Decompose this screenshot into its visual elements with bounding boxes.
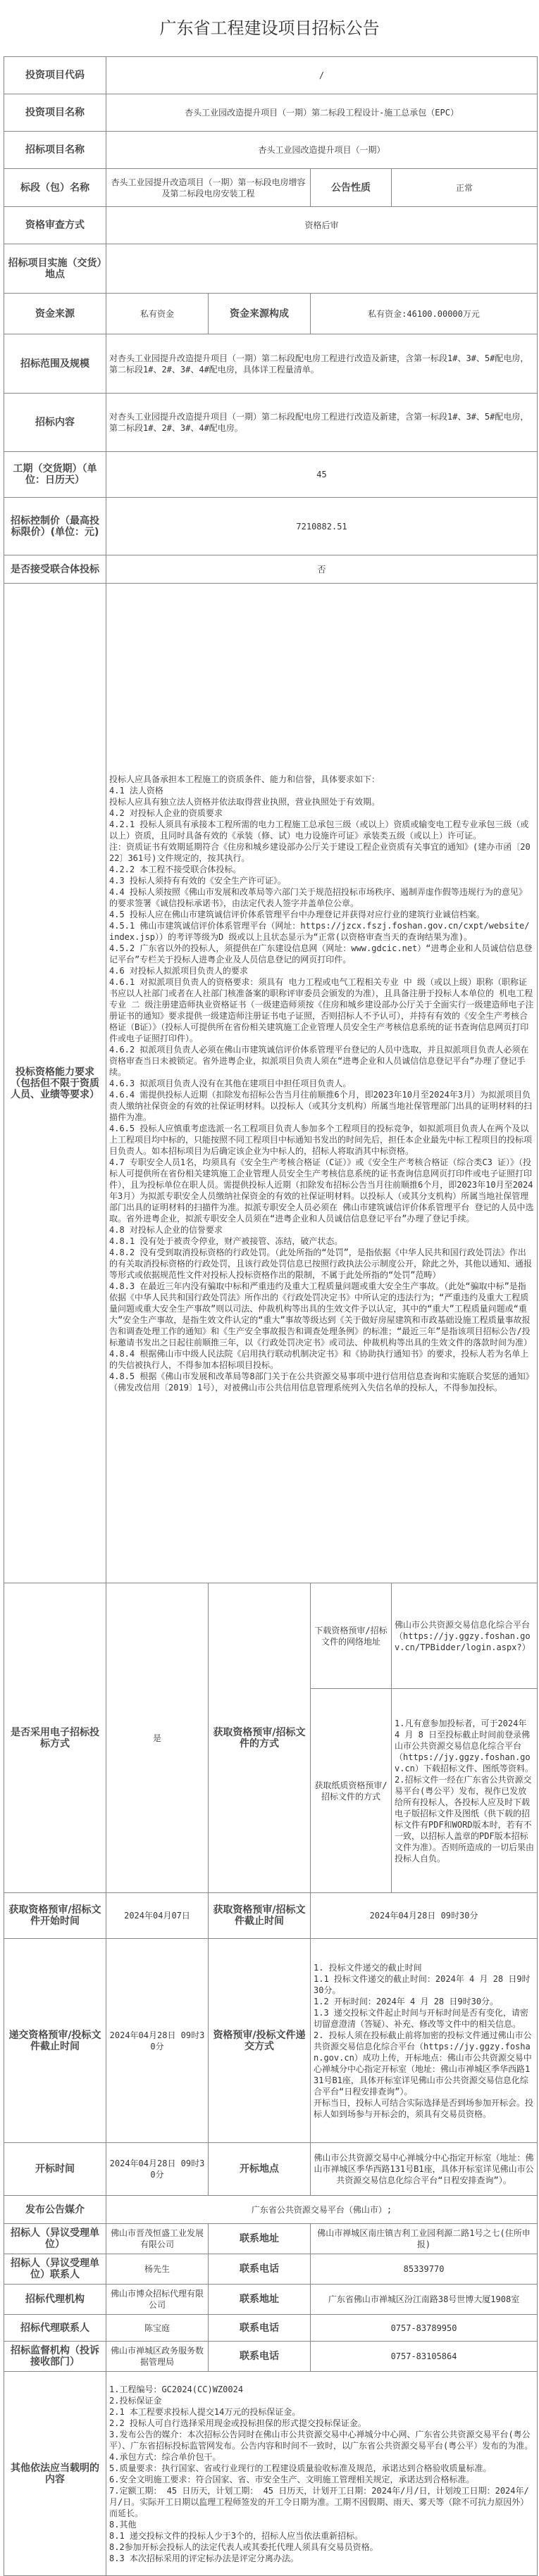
row-obtain-time: 获取资格预审/招标文件开始时间 2024年04月07日 获取资格预审/招标文件截… [4, 1893, 538, 1939]
notice-table: 投资项目代码 / 投资项目名称 杏头工业园改造提升项目（一期）第二标段工程设计-… [4, 56, 538, 2576]
label-supervisor-phone: 联系电话 [209, 2342, 311, 2372]
row-location: 招标项目实施（交货）地点 [4, 244, 538, 294]
row-qual-review: 资格审查方式 资格后审 [4, 207, 538, 244]
other-line: 8.3 本次招标采用的评定标办法是评定分离办法。 [109, 2553, 534, 2564]
label-submit-deadline: 递交资格预审/投标文件截止时间 [4, 1939, 106, 2143]
value-agency: 佛山市博众招标代理有限公司 [106, 2285, 209, 2315]
value-tenderer-contact: 杨先生 [106, 2254, 209, 2285]
value-price: 7210882.51 [106, 498, 538, 555]
submit-line: 1.2 开标时间：2024年 4 月 28 日9时30分。 [314, 1996, 534, 2007]
row-tenderer-contact: 招标人（异议受理单位）联系人 杨先生 联系电话 85339770 [4, 2254, 538, 2285]
label-electronic: 是否采用电子招标投标方式 [4, 1583, 106, 1893]
value-tenderer-address: 佛山市禅城区南庄镇吉利工业园利源二路1号之七(住所申报) [311, 2224, 538, 2254]
value-paper-method: 1.凡有意参加投标者，可于2024年 4 月 8 日至投标截止时间前登录佛山市公… [392, 1689, 538, 1893]
label-content: 招标内容 [4, 394, 106, 452]
label-obtain-start: 获取资格预审/招标文件开始时间 [4, 1893, 106, 1939]
submit-line: 1.3 递交投标文件起止时间与开标时间是否有变化，请密切留意澄清（答疑）、补充、… [314, 2007, 534, 2030]
other-line: 2.2 投标人可自行选择采用现金或投标担保的形式提交投标保证金。 [109, 2418, 534, 2429]
row-tender-name: 招标项目名称 杏头工业园改造提升项目（一期） [4, 132, 538, 169]
label-obtain-method: 获取资格预审/招标文件的方式 [209, 1583, 311, 1893]
value-agency-address: 广东省佛山市禅城区汾江南路38号世博大厦1908室 [311, 2285, 538, 2315]
label-location: 招标项目实施（交货）地点 [4, 244, 106, 294]
value-supervisor-phone: 0757-83105864 [311, 2342, 538, 2372]
label-fund-source: 资金来源 [4, 294, 106, 334]
label-notice-nature: 公告性质 [311, 169, 392, 207]
value-period: 45 [106, 452, 538, 498]
other-line: 8.其他 [109, 2519, 534, 2530]
label-section: 标段（包）名称 [4, 169, 106, 207]
label-qual-review: 资格审查方式 [4, 207, 106, 244]
qualification-line: 4.5.1 佛山市建筑诚信评价体系管理平台（网址：https://jzcx.fs… [109, 920, 534, 943]
label-paper-method: 获取纸质资格预审/招标文件的方式 [311, 1689, 392, 1893]
qualification-line: 4.2.2 本工程不接受联合体投标。 [109, 864, 534, 875]
label-tenderer-phone: 联系电话 [209, 2254, 311, 2285]
submit-line: 1.1 投标文件递交的截止时间：2024年 4 月 28 日9时30分。 [314, 1973, 534, 1996]
qualification-line: 4.4 投标人须按照《佛山市发展和改革局等六部门关于规范招投标市场秩序、遏制弄虚… [109, 886, 534, 909]
qualification-line: 4.6.4 需提供投标人近期（扣除发布招标公告当月往前顺推6个月，即2023年1… [109, 1089, 534, 1123]
other-line: 7.定额工期： 45 日历天，计划工期： 45 日历天，计划开工日期：2024年… [109, 2485, 534, 2519]
label-period: 工期（交货期）（单位：日历天） [4, 452, 106, 498]
label-invest-code: 投资项目代码 [4, 57, 106, 94]
value-location [106, 244, 538, 294]
row-scope: 招标范围及规模 对杏头工业园提升改造提升项目（一期）第二标段配电房工程进行改造及… [4, 334, 538, 394]
value-agency-phone: 0757-83789950 [311, 2315, 538, 2342]
value-invest-name: 杏头工业园改造提升项目（一期）第二标段工程设计-施工总承包（EPC） [106, 94, 538, 132]
row-media: 发布公告媒介 广东省公共资源交易平台（佛山市）; [4, 2196, 538, 2224]
label-tenderer: 招标人（异议受理单位） [4, 2224, 106, 2254]
row-price: 招标控制价（最高投标限价）(单位：元) 7210882.51 [4, 498, 538, 555]
other-line: 2.投标保证金 [109, 2395, 534, 2406]
qualification-line: 4.8.2 没有受到取消投标资格的行政处罚。（此处所指的“处罚”，是指依据《中华… [109, 1247, 534, 1281]
value-qual-review: 资格后审 [106, 207, 538, 244]
value-tenderer-phone: 85339770 [311, 2254, 538, 2285]
label-agency-contact: 招标代理联系人 [4, 2315, 106, 2342]
label-tender-name: 招标项目名称 [4, 132, 106, 169]
paper-method-line: 2.招标文件一经在广东省公共资源交易平台(粤公平）发布，视作已发放给所有投标人，… [395, 1774, 534, 1864]
value-content: 对杏头工业园提升改造提升项目（一期）第二标段配电房工程进行改造及新建，含第一标段… [106, 394, 538, 452]
value-tender-name: 杏头工业园改造提升项目（一期） [106, 132, 538, 169]
row-section: 标段（包）名称 杏头工业园提升改造项目（一期）第一标段电房增容及第二标段电房安装… [4, 169, 538, 207]
row-agency: 招标代理机构 佛山市博众招标代理有限公司 联系地址 广东省佛山市禅城区汾江南路3… [4, 2285, 538, 2315]
qualification-line: 4.6.2 拟派项目负责人必须在佛山市建筑诚信评价体系管理平台登记的人员中选取，… [109, 1044, 534, 1078]
other-line: 8.2参加开标会投标人的法定代表人或其委托代理人须具有交易员资格。 [109, 2542, 534, 2553]
value-electronic: 是 [106, 1583, 209, 1893]
qualification-line: 投标人应具有独立法人资格并依法取得营业执照，营业执照处于有效期。 [109, 796, 534, 808]
label-scope: 招标范围及规模 [4, 334, 106, 394]
qualification-line: 4.3 投标人须持有有效的《安全生产许可证》。 [109, 875, 534, 886]
label-submit-method: 资格预审/投标文件递交方式 [209, 1939, 311, 2143]
row-consortium: 是否接受联合体投标 否 [4, 555, 538, 584]
qualification-line: 注：资质证书有效期延期符合《住房和城乡建设部办公厅关于建设工程企业资质有关事宜的… [109, 841, 534, 864]
value-qualification: 投标人应具备承担本工程施工的资质条件、能力和信誉，具体要求如下： 4.1 法人资… [106, 584, 538, 1583]
value-supervisor: 佛山市禅城区政务服务数据管理局 [106, 2342, 209, 2372]
value-consortium: 否 [106, 555, 538, 584]
label-obtain-end: 获取资格预审/招标文件截止时间 [209, 1893, 311, 1939]
paper-method-line: 1.凡有意参加投标者，可于2024年 4 月 8 日至投标截止时间前登录佛山市公… [395, 1718, 534, 1774]
qualification-line: 投标人应具备承担本工程施工的资质条件、能力和信誉，具体要求如下： [109, 774, 534, 785]
row-electronic: 是否采用电子招标投标方式 是 获取资格预审/招标文件的方式 下载资格预审/招标文… [4, 1583, 538, 1689]
label-invest-name: 投资项目名称 [4, 94, 106, 132]
label-media: 发布公告媒介 [4, 2196, 106, 2224]
label-opening-place: 开标地点 [209, 2143, 311, 2196]
row-other: 其他依法应当载明的内容 1.工程编号：GC2024(CC)WZ0024 2.投标… [4, 2372, 538, 2576]
other-line: 3.发布公告的媒介：本次招标公告同时在佛山市公共资源交易中心禅城分中心网、广东省… [109, 2429, 534, 2451]
label-fund-compose: 资金来源构成 [209, 294, 311, 334]
other-line: 4.承包方式：综合单价包干。 [109, 2451, 534, 2463]
other-line: 2.1 本工程要求投标人提交14万元的投标保证金。 [109, 2406, 534, 2418]
submit-line: 开标当日，投标人可结合实际选择是否到场参加开标会。投标人如到场参与开标会的，须具… [314, 2097, 534, 2120]
label-tenderer-contact: 招标人（异议受理单位）联系人 [4, 2254, 106, 2285]
value-scope: 对杏头工业园提升改造提升项目（一期）第二标段配电房工程进行改造及新建，含第一标段… [106, 334, 538, 394]
value-tenderer: 佛山市晋茂恒盛工业发展有限公司 [106, 2224, 209, 2254]
value-obtain-start: 2024年04月07日 [106, 1893, 209, 1939]
value-media: 广东省公共资源交易平台（佛山市）; [106, 2196, 538, 2224]
value-opening-time: 2024年04月28日 09时30分 [106, 2143, 209, 2196]
qualification-line: 4.6.1 对拟派项目负责人的资格要求：须具有 电力工程或电气工程相关专业 中 … [109, 976, 534, 1044]
row-qualification: 投标资格能力要求（包括但不限于资质人员、业绩等要求） 投标人应具备承担本工程施工… [4, 584, 538, 1583]
submit-line: 2. 投标人须在投标截止前将加密的投标文件通过佛山市公共资源交易信息化综合平台（… [314, 2030, 534, 2097]
value-invest-code: / [106, 57, 538, 94]
qualification-line: 4.2.1 投标人须具有承接本工程所需的电力工程施工总承包三级（或以上）资质或输… [109, 819, 534, 841]
other-line: 5.质量要求：执行国家、省或行业现行的工程建设质量验收标准及规范，承诺达到合格验… [109, 2463, 534, 2474]
qualification-line: 4.8.4 根据佛山市中级人民法院《启用执行联动机制决定书》和《协助执行通知书》… [109, 1348, 534, 1371]
label-other: 其他依法应当载明的内容 [4, 2372, 106, 2576]
label-agency-phone: 联系电话 [209, 2315, 311, 2342]
qualification-line: 4.5.2 广东省以外的投标人，须提供在广东建设信息网（网址：www.gdcic… [109, 943, 534, 965]
value-agency-contact: 陈宝庭 [106, 2315, 209, 2342]
label-download-address: 下载资格预审/招标文件的网络地址 [311, 1583, 392, 1689]
qualification-line: 4.1 法人资格 [109, 785, 534, 796]
qualification-line: 4.8.3 在最近三年内没有骗取中标和严重违约及重大工程质量问题或重大安全生产事… [109, 1281, 534, 1348]
value-section: 杏头工业园提升改造项目（一期）第一标段电房增容及第二标段电房安装工程 [106, 169, 311, 207]
other-line: 8.1 递交投标文件的投标人少于3个的，招标人应当依法重新招标。 [109, 2530, 534, 2542]
row-opening: 开标时间 2024年04月28日 09时30分 开标地点 佛山市公共资源交易中心… [4, 2143, 538, 2196]
row-content: 招标内容 对杏头工业园提升改造提升项目（一期）第二标段配电房工程进行改造及新建，… [4, 394, 538, 452]
row-tenderer: 招标人（异议受理单位） 佛山市晋茂恒盛工业发展有限公司 联系地址 佛山市禅城区南… [4, 2224, 538, 2254]
label-price: 招标控制价（最高投标限价）(单位：元) [4, 498, 106, 555]
value-fund-compose: 私有资金:46100.00000万元 [311, 294, 538, 334]
qualification-line: 4.8.1 没有处于被责令停业，财产被接管、冻结，破产状态。 [109, 1236, 534, 1247]
row-period: 工期（交货期）（单位：日历天） 45 [4, 452, 538, 498]
label-supervisor: 招标监督机构（投诉接收部门） [4, 2342, 106, 2372]
qualification-line: 4.6.5 投标人应慎重考虑选派一名工程项目负责人参加多个工程项目的投标竞争，如… [109, 1123, 534, 1157]
qualification-line: 4.8 对投标人企业的信誉要求 [109, 1224, 534, 1236]
value-notice-nature: 正常 [392, 169, 538, 207]
value-obtain-end: 2024年04月28日 09时30分 [311, 1893, 538, 1939]
submit-line: 1. 投标文件递交的截止时间 [314, 1962, 534, 1973]
other-line: 1.工程编号：GC2024(CC)WZ0024 [109, 2384, 534, 2395]
row-agency-contact: 招标代理联系人 陈宝庭 联系电话 0757-83789950 [4, 2315, 538, 2342]
value-fund-source: 私有资金 [106, 294, 209, 334]
page-title: 广东省工程建设项目招标公告 [0, 0, 539, 42]
label-agency: 招标代理机构 [4, 2285, 106, 2315]
value-download-address[interactable]: 佛山市公共资源交易信息化综合平台 （https://jy.ggzy.foshan… [392, 1583, 538, 1689]
label-tenderer-address: 联系地址 [209, 2224, 311, 2254]
qualification-line: 4.7 专职安全人员1名，均须具有《安全生产考核合格证（C证）》或《安全生产考核… [109, 1157, 534, 1224]
qualification-line: 4.5 投标人应在佛山市建筑诚信评价体系管理平台中办理登记并获得对应行业的建筑行… [109, 909, 534, 920]
label-opening-time: 开标时间 [4, 2143, 106, 2196]
row-fund: 资金来源 私有资金 资金来源构成 私有资金:46100.00000万元 [4, 294, 538, 334]
row-invest-code: 投资项目代码 / [4, 57, 538, 94]
value-opening-place: 佛山市公共资源交易中心禅城分中心指定开标室（地址：佛山市禅城区季华西路131号B… [311, 2143, 538, 2196]
label-qualification: 投标资格能力要求（包括但不限于资质人员、业绩等要求） [4, 584, 106, 1583]
value-other: 1.工程编号：GC2024(CC)WZ0024 2.投标保证金 2.1 本工程要… [106, 2372, 538, 2576]
qualification-line: 4.2 对投标人企业的资质要求 [109, 808, 534, 819]
label-consortium: 是否接受联合体投标 [4, 555, 106, 584]
qualification-line: 4.8.5 根据《佛山市发展和改革局等8部门关于在公共资源交易事项中进行信用信息… [109, 1371, 534, 1393]
qualification-line: 4.6 对投标人拟派项目负责人的要求 [109, 965, 534, 976]
row-supervisor: 招标监督机构（投诉接收部门） 佛山市禅城区政务服务数据管理局 联系电话 0757… [4, 2342, 538, 2372]
label-agency-address: 联系地址 [209, 2285, 311, 2315]
row-invest-name: 投资项目名称 杏头工业园改造提升项目（一期）第二标段工程设计-施工总承包（EPC… [4, 94, 538, 132]
value-submit-deadline: 2024年04月28日 09时30分 [106, 1939, 209, 2143]
value-submit-method: 1. 投标文件递交的截止时间 1.1 投标文件递交的截止时间：2024年 4 月… [311, 1939, 538, 2143]
other-line: 6.安全文明施工要求：符合国家、省、市安全生产、文明施工管理相关规定，承诺达到合… [109, 2474, 534, 2485]
qualification-line: 4.6.3 拟派项目负责人没有在其他在建项目中担任项目负责人。 [109, 1078, 534, 1089]
row-submit: 递交资格预审/投标文件截止时间 2024年04月28日 09时30分 资格预审/… [4, 1939, 538, 2143]
